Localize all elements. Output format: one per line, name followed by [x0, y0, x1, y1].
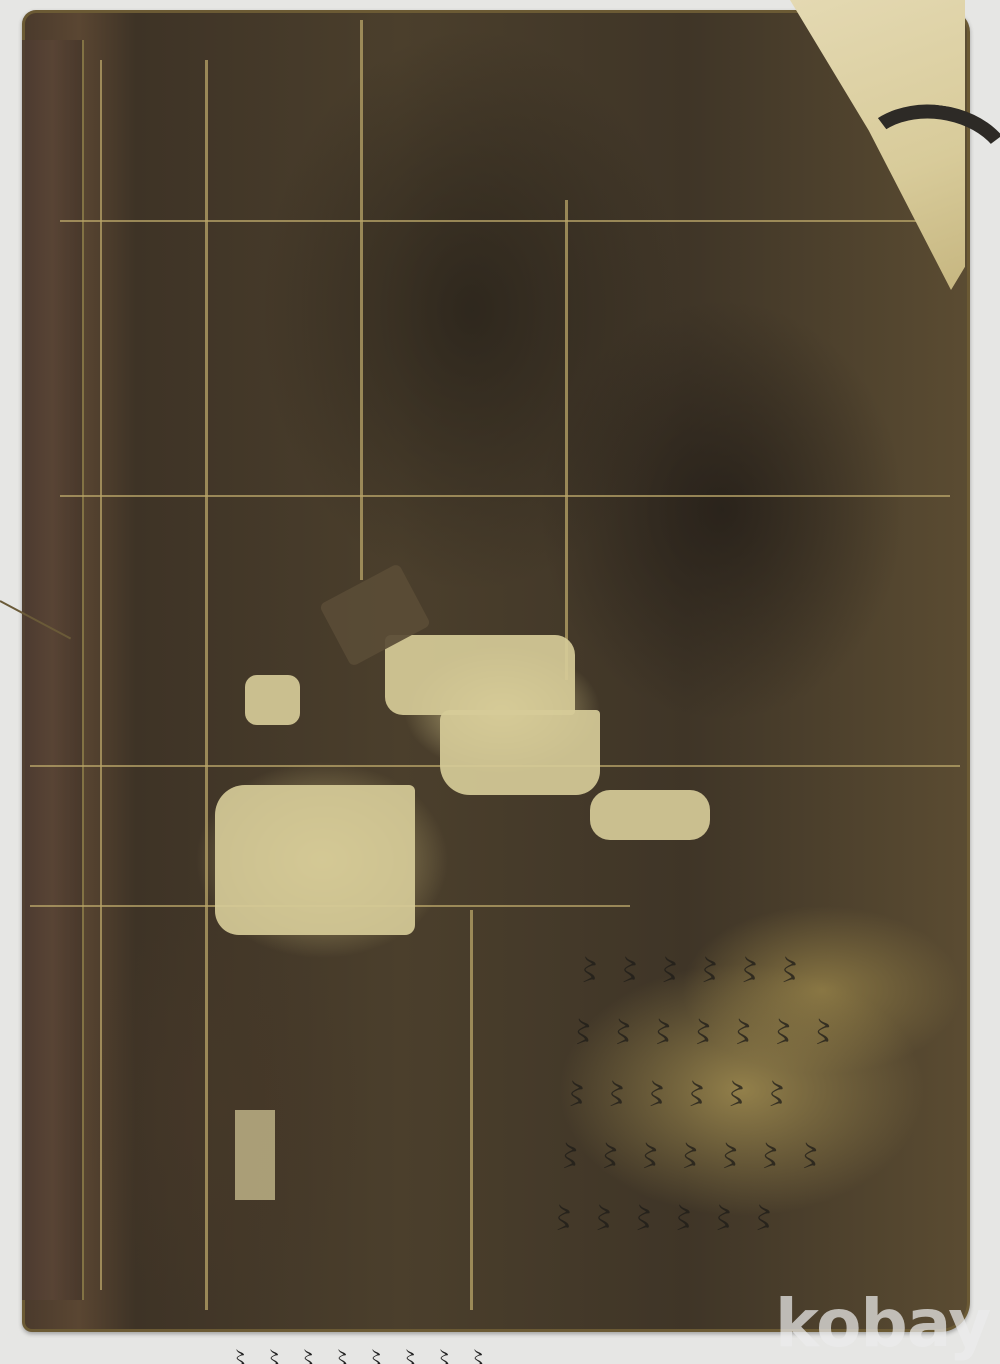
handwriting-line: 〻〻〻〻〻〻 [558, 1064, 955, 1126]
torn-paper-patch [245, 675, 300, 725]
crack-line [205, 60, 208, 1310]
torn-paper-patch [385, 635, 575, 715]
torn-paper-patch [590, 790, 710, 840]
handwriting-line: 〻〻〻〻〻〻〻 [564, 1002, 961, 1064]
crack-line [470, 910, 473, 1310]
crack-line [100, 60, 102, 1290]
handwritten-inscription: 〻〻〻〻〻〻 〻〻〻〻〻〻〻 〻〻〻〻〻〻 〻〻〻〻〻〻〻 〻〻〻〻〻〻 [543, 940, 968, 1270]
crack-line [565, 200, 568, 680]
torn-paper-patch [440, 710, 600, 795]
crack-line [60, 495, 950, 497]
kobay-watermark: kobay [775, 1285, 990, 1362]
book-spine-edge [22, 40, 84, 1300]
torn-paper-patch [215, 785, 415, 935]
crack-line [60, 220, 940, 222]
underlying-page-text: 〻〻〻〻〻〻〻〻 [230, 1342, 610, 1364]
handwriting-line: 〻〻〻〻〻〻 [545, 1188, 942, 1250]
book-cover-photo: 〻〻〻〻〻〻 〻〻〻〻〻〻〻 〻〻〻〻〻〻 〻〻〻〻〻〻〻 〻〻〻〻〻〻 〻〻〻… [0, 0, 1000, 1364]
handwriting-line: 〻〻〻〻〻〻〻 [551, 1126, 948, 1188]
handwriting-line: 〻〻〻〻〻〻 [571, 940, 968, 1002]
torn-paper-patch [235, 1110, 275, 1200]
